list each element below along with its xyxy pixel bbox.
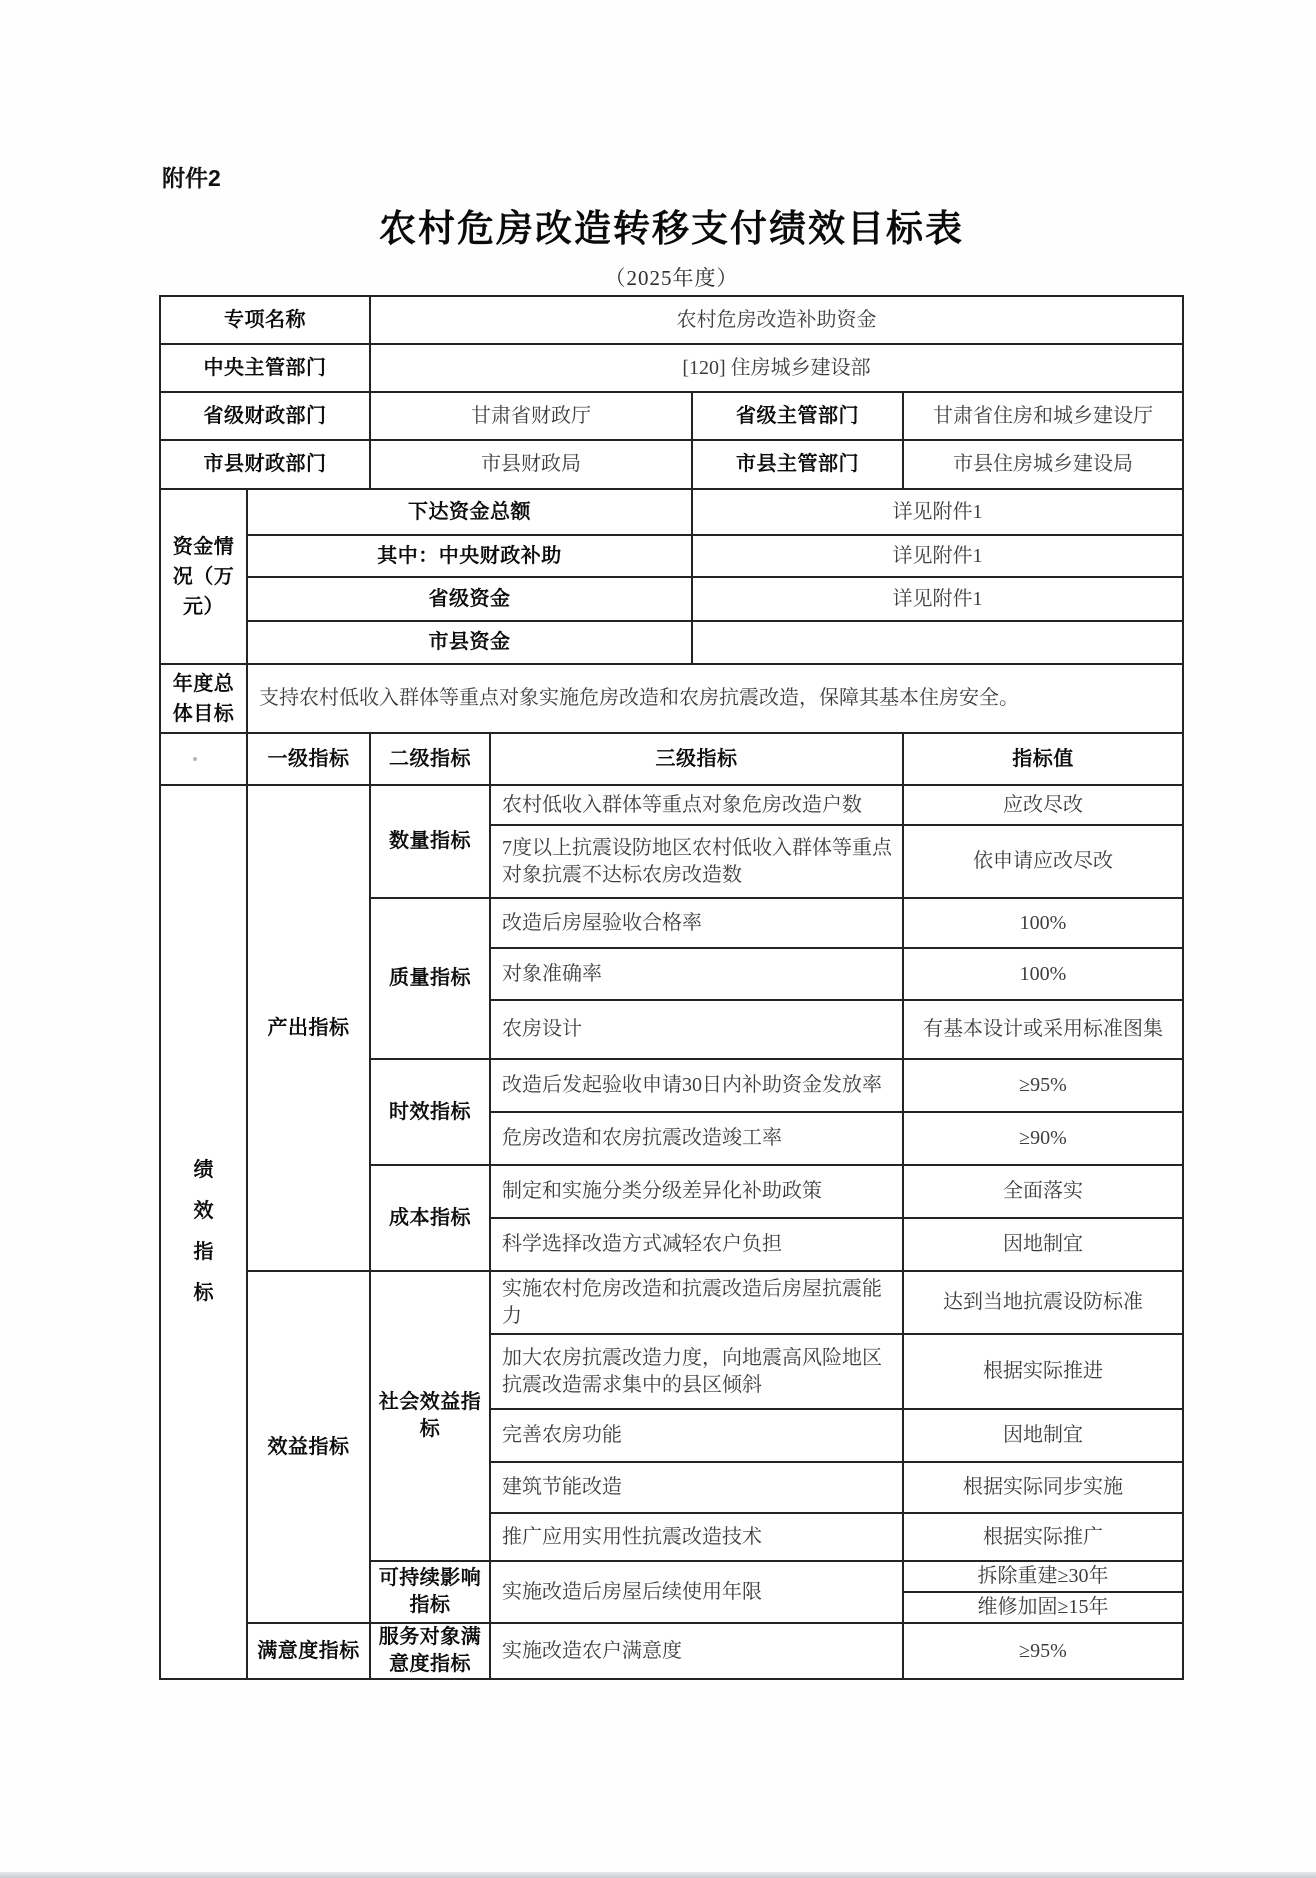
indicator-cell: 农村低收入群体等重点对象危房改造户数 — [491, 786, 904, 826]
header-level3: 三级指标 — [491, 734, 904, 786]
target-cell: 全面落实 — [904, 1166, 1184, 1219]
target-cell: 依申请应改尽改 — [904, 826, 1184, 899]
scan-edge-artifact — [0, 1872, 1316, 1878]
target-cell: 达到当地抗震设防标准 — [904, 1272, 1184, 1335]
city-dept-label: 市县主管部门 — [693, 441, 904, 490]
header-target: 指标值 — [904, 734, 1184, 786]
funds-section-label-text: 资金情况（万元） — [171, 532, 237, 622]
central-dept-label: 中央主管部门 — [161, 345, 371, 393]
prov-finance-label: 省级财政部门 — [161, 393, 371, 441]
level2-service-satisfaction: 服务对象满意度指标 — [371, 1624, 491, 1680]
annual-goal-label: 年度总体目标 — [161, 665, 248, 734]
funds-city-label: 市县资金 — [248, 622, 693, 665]
funds-central-value: 详见附件1 — [693, 536, 1184, 578]
indicator-cell: 建筑节能改造 — [491, 1463, 904, 1514]
indicator-cell: 完善农房功能 — [491, 1410, 904, 1463]
project-name-label: 专项名称 — [161, 297, 371, 345]
indicator-cell: 改造后房屋验收合格率 — [491, 899, 904, 949]
indicator-cell: 制定和实施分类分级差异化补助政策 — [491, 1166, 904, 1219]
indicator-cell: 科学选择改造方式减轻农户负担 — [491, 1219, 904, 1272]
attachment-label: 附件2 — [162, 160, 221, 193]
target-cell: 根据实际推进 — [904, 1335, 1184, 1410]
target-cell: 根据实际推广 — [904, 1514, 1184, 1562]
funds-provincial-value: 详见附件1 — [693, 578, 1184, 622]
level2-cost: 成本指标 — [371, 1166, 491, 1272]
funds-total-value: 详见附件1 — [693, 490, 1184, 536]
indicator-cell: 实施改造后房屋后续使用年限 — [491, 1562, 904, 1624]
performance-section-label: 绩效指标 — [161, 786, 248, 1680]
funds-total-label: 下达资金总额 — [248, 490, 693, 536]
target-cell-repair: 维修加固≥15年 — [904, 1593, 1184, 1624]
document-title: 农村危房改造转移支付绩效目标表 — [160, 198, 1183, 252]
header-level2: 二级指标 — [371, 734, 491, 786]
performance-target-table: 专项名称 农村危房改造补助资金 中央主管部门 [120] 住房城乡建设部 省级财… — [159, 295, 1184, 1680]
target-cell: ≥95% — [904, 1060, 1184, 1113]
level2-timeliness: 时效指标 — [371, 1060, 491, 1166]
indicator-cell: 7度以上抗震设防地区农村低收入群体等重点对象抗震不达标农房改造数 — [491, 826, 904, 899]
target-cell: 因地制宜 — [904, 1219, 1184, 1272]
indicator-cell: 改造后发起验收申请30日内补助资金发放率 — [491, 1060, 904, 1113]
funds-provincial-label: 省级资金 — [248, 578, 693, 622]
city-dept-value: 市县住房城乡建设局 — [904, 441, 1184, 490]
target-cell: ≥90% — [904, 1113, 1184, 1166]
level2-social-benefit: 社会效益指标 — [371, 1272, 491, 1562]
target-cell: 根据实际同步实施 — [904, 1463, 1184, 1514]
annual-goal-label-text: 年度总体目标 — [171, 669, 237, 729]
indicator-cell: 农房设计 — [491, 1001, 904, 1060]
scan-speck — [193, 757, 197, 761]
prov-dept-label: 省级主管部门 — [693, 393, 904, 441]
level1-satisfaction: 满意度指标 — [248, 1624, 371, 1680]
indicator-cell: 实施改造农户满意度 — [491, 1624, 904, 1680]
city-finance-value: 市县财政局 — [371, 441, 693, 490]
indicator-cell: 对象准确率 — [491, 949, 904, 1001]
target-cell: 100% — [904, 949, 1184, 1001]
central-dept-value: [120] 住房城乡建设部 — [371, 345, 1184, 393]
project-name-value: 农村危房改造补助资金 — [371, 297, 1184, 345]
target-cell: ≥95% — [904, 1624, 1184, 1680]
level1-output: 产出指标 — [248, 786, 371, 1272]
indicator-cell: 加大农房抗震改造力度，向地震高风险地区抗震改造需求集中的县区倾斜 — [491, 1335, 904, 1410]
prov-dept-value: 甘肃省住房和城乡建设厅 — [904, 393, 1184, 441]
target-cell: 应改尽改 — [904, 786, 1184, 826]
target-cell-rebuild: 拆除重建≥30年 — [904, 1562, 1184, 1593]
funds-city-value — [693, 622, 1184, 665]
city-finance-label: 市县财政部门 — [161, 441, 371, 490]
annual-goal-text: 支持农村低收入群体等重点对象实施危房改造和农房抗震改造，保障其基本住房安全。 — [248, 665, 1184, 734]
target-cell: 100% — [904, 899, 1184, 949]
indicator-cell: 危房改造和农房抗震改造竣工率 — [491, 1113, 904, 1166]
indicator-header-empty-cell — [161, 734, 248, 786]
performance-section-label-text: 绩效指标 — [192, 1150, 216, 1314]
funds-central-label: 其中：中央财政补助 — [248, 536, 693, 578]
header-level1: 一级指标 — [248, 734, 371, 786]
level2-quantity: 数量指标 — [371, 786, 491, 899]
indicator-cell: 实施农村危房改造和抗震改造后房屋抗震能力 — [491, 1272, 904, 1335]
level1-benefit: 效益指标 — [248, 1272, 371, 1624]
funds-section-label: 资金情况（万元） — [161, 490, 248, 665]
target-cell: 因地制宜 — [904, 1410, 1184, 1463]
document-subtitle: （2025年度） — [160, 262, 1183, 292]
target-cell: 有基本设计或采用标准图集 — [904, 1001, 1184, 1060]
level2-sustainability: 可持续影响指标 — [371, 1562, 491, 1624]
indicator-cell: 推广应用实用性抗震改造技术 — [491, 1514, 904, 1562]
level2-quality: 质量指标 — [371, 899, 491, 1060]
prov-finance-value: 甘肃省财政厅 — [371, 393, 693, 441]
